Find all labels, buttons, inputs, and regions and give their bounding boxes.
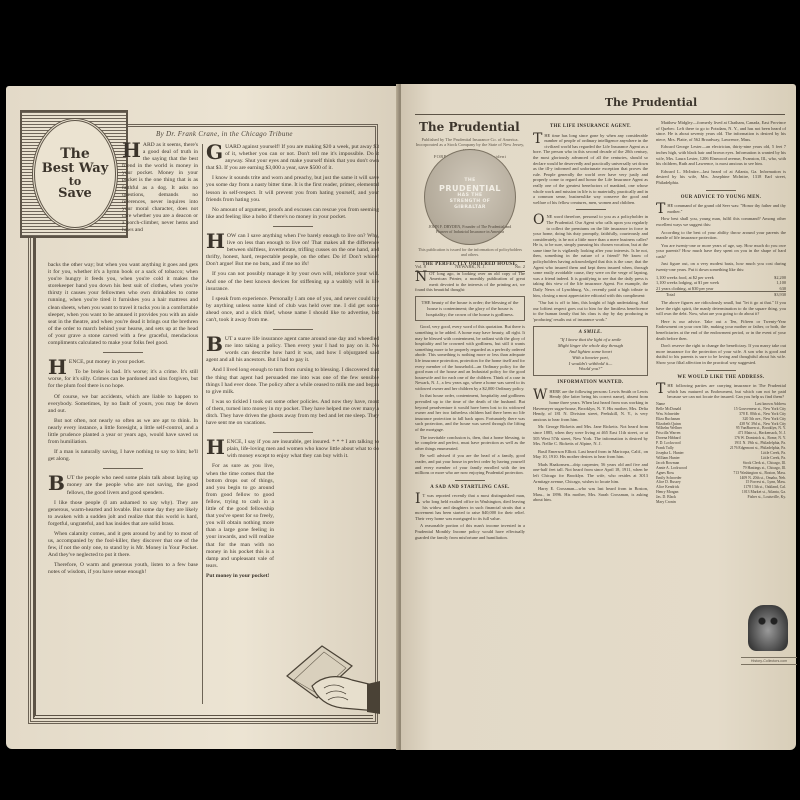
right-page: The Prudential The Prudential Published … xyxy=(401,84,796,750)
section-divider xyxy=(103,468,143,469)
section-divider xyxy=(455,480,485,481)
middle-column: THE LIFE INSURANCE AGENT. THE time has l… xyxy=(533,120,648,505)
cost-row: 21 years clothing, at $30 per year630 xyxy=(656,286,786,293)
emblem-caption: JOHN F. DRYDEN, Founder of The Prudentia… xyxy=(425,224,515,234)
header-rule xyxy=(415,114,785,115)
section-heading: THE LIFE INSURANCE AGENT. xyxy=(533,124,648,130)
watermark-logo: History-Collectors.com xyxy=(745,605,791,665)
address-table: Name Last known Address Belle McDonald15… xyxy=(656,402,786,505)
column-divider xyxy=(202,144,203,704)
right-column: GUARD against yourself! If you are makin… xyxy=(206,144,379,583)
table-row: Mary Cronin xyxy=(656,500,786,505)
section-divider xyxy=(273,432,313,433)
masthead-column: The Prudential Published by The Prudenti… xyxy=(415,118,525,272)
section-heading: INFORMATION WANTED. xyxy=(533,380,648,386)
owl-icon xyxy=(748,605,788,651)
running-head: The Prudential xyxy=(511,96,791,109)
section-divider xyxy=(273,329,313,330)
section-divider xyxy=(103,352,143,353)
perfectly-ordered-house-article: THE PERFECTLY ORDERED HOUSE. NOT long ag… xyxy=(415,258,525,542)
watermark-text: History-Collectors.com xyxy=(741,657,797,665)
right-column: Matthew Midgley—formerly lived at Chatha… xyxy=(656,120,786,505)
section-divider xyxy=(273,226,313,227)
cost-total: Total$3,930 xyxy=(656,292,786,298)
section-divider xyxy=(706,370,736,371)
section-heading: A SAD AND STARTLING CASE. xyxy=(415,485,525,491)
section-heading: WE WOULD LIKE THE ADDRESS. xyxy=(656,375,786,381)
byline: By Dr. Frank Crane, in the Chicago Tribu… xyxy=(156,130,386,138)
intro-column: HARD as it seems, there's a good deal of… xyxy=(122,142,198,237)
hand-holding-money-illustration xyxy=(282,636,382,716)
section-heading: THE PERFECTLY ORDERED HOUSE. xyxy=(415,262,525,268)
circulation-note: This publication is issued for the infor… xyxy=(415,247,525,257)
dropcap: H xyxy=(122,142,141,159)
left-column: backs the other way; but when you want a… xyxy=(48,262,198,580)
article-title: The Best Way to Save xyxy=(32,118,118,230)
left-page: The Best Way to Save By Dr. Frank Crane,… xyxy=(6,86,399,749)
section-divider xyxy=(576,209,606,210)
quotation-box: THE beauty of the house is order; the bl… xyxy=(415,296,525,321)
masthead-title: The Prudential xyxy=(419,120,525,134)
section-divider xyxy=(706,190,736,191)
magazine-spread: The Best Way to Save By Dr. Frank Crane,… xyxy=(0,0,800,800)
title-cartouche: The Best Way to Save xyxy=(20,110,128,238)
smile-poem-box: A SMILE. "If I knew that the light of a … xyxy=(533,326,648,377)
section-heading: OUR ADVICE TO YOUNG MEN. xyxy=(656,195,786,201)
gibraltar-emblem: THE PRUDENTIAL HAS THE STRENGTH OF GIBRA… xyxy=(424,149,516,245)
